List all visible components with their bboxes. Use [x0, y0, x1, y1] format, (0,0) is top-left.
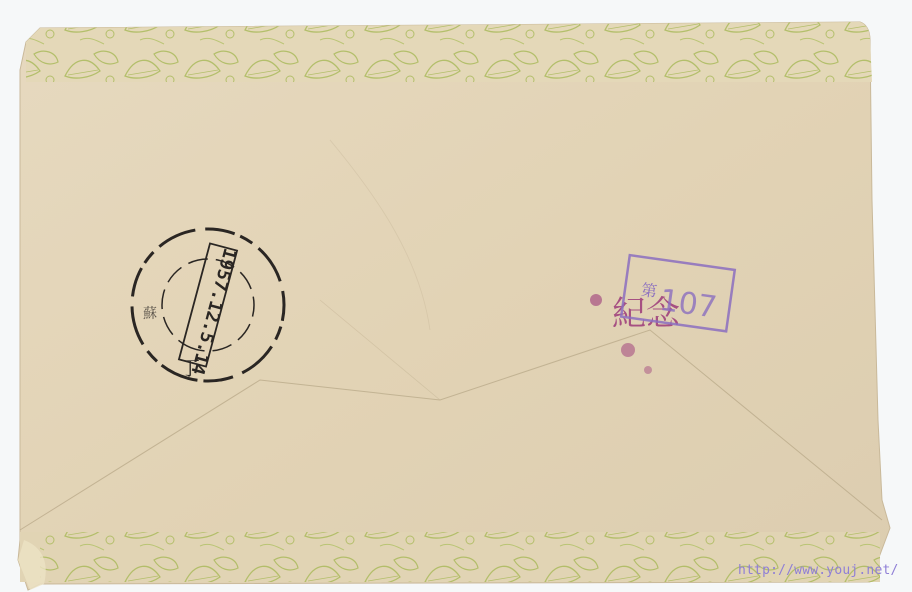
postmark-side-char: 蘇 [143, 305, 157, 322]
envelope-svg: 1957.12.5.14 丁 蘇 紀念 第 107 [0, 0, 912, 592]
svg-text:第: 第 [640, 280, 659, 301]
postmark-bottom-char: 丁 [180, 356, 200, 380]
envelope-photo: 1957.12.5.14 丁 蘇 紀念 第 107 http://www.you… [0, 0, 912, 592]
watermark-url: http://www.youj.net/ [738, 563, 899, 578]
top-floral-border [26, 22, 872, 82]
